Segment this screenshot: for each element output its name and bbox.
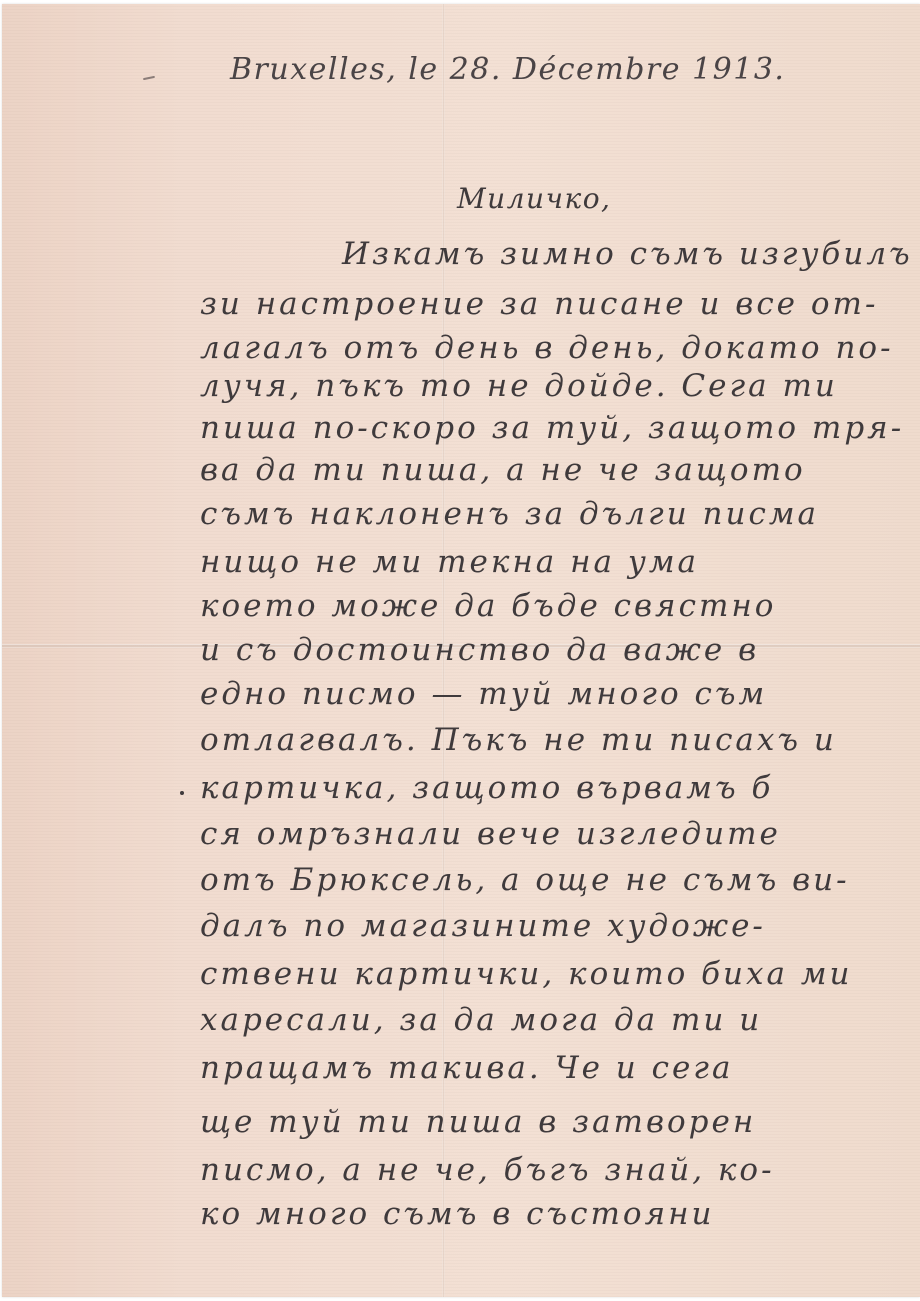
- salutation: Миличко,: [457, 182, 611, 215]
- letter-line: пиша по-скоро за туй, защото тря-: [200, 410, 904, 446]
- dateline: Bruxelles, le 28. Décembre 1913.: [230, 52, 785, 87]
- ink-speck: [143, 76, 155, 80]
- letter-line: лучя, пъкъ то не дойде. Сега ти: [200, 368, 838, 404]
- letter-line: ся омръзнали вече изгледите: [200, 816, 781, 852]
- letter-line: ствени картички, които биха ми: [200, 956, 852, 992]
- letter-line: писмо, а не че, бъгъ знай, ко-: [200, 1152, 775, 1188]
- letter-line: далъ по магазините художе-: [200, 908, 766, 944]
- letter-line: което може да бъде свястно: [200, 588, 776, 624]
- letter-line: пращамъ такива. Че и сега: [200, 1050, 733, 1086]
- letter-line: ва да ти пиша, а не че защото: [200, 452, 806, 488]
- letter-line: нищо не ми текна на ума: [200, 544, 699, 580]
- letter-line: лагалъ отъ день в день, докато по-: [200, 330, 894, 366]
- letter-line: харесали, за да мога да ти и: [200, 1002, 762, 1038]
- letter-line: отлагвалъ. Пъкъ не ти писахъ и: [200, 722, 837, 758]
- letter-line: зи настроение за писане и все от-: [200, 286, 878, 322]
- letter-line: съмъ наклоненъ за дълги писма: [200, 496, 819, 532]
- letter-line: отъ Брюксель, а още не съмъ ви-: [200, 862, 850, 898]
- margin-ink-dot: [180, 791, 184, 795]
- letter-line: едно писмо — туй много съм: [200, 676, 767, 712]
- letter-line: ко много съмъ в състояни: [200, 1196, 715, 1232]
- letter-page: Bruxelles, le 28. Décembre 1913. Миличко…: [2, 4, 920, 1297]
- letter-line: и съ достоинство да важе в: [200, 632, 759, 668]
- letter-line: картичка, защото вървамъ б: [200, 770, 773, 806]
- letter-line: ще туй ти пиша в затворен: [200, 1104, 756, 1140]
- letter-line: Изкамъ зимно съмъ изгубилъ те-: [342, 236, 920, 272]
